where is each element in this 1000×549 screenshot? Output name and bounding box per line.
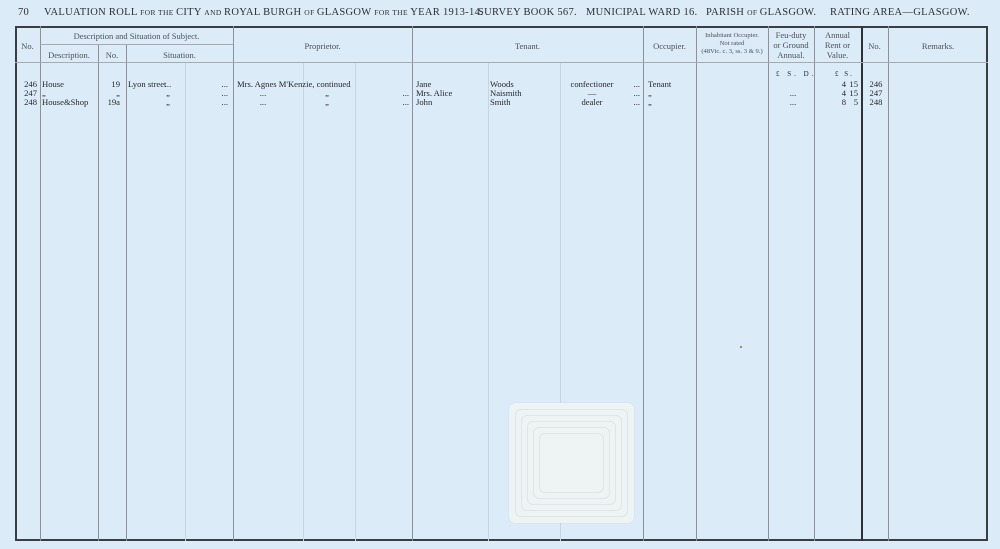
row-proprietor-ditto: „	[320, 98, 334, 107]
header-subrule	[40, 44, 233, 45]
survey-book: SURVEY BOOK 567.	[478, 7, 577, 18]
feu-line-1: Feu-duty	[768, 30, 814, 40]
page-number: 70	[18, 7, 29, 18]
column-rule	[126, 44, 127, 541]
row-proprietor-end-dots: ...	[395, 98, 409, 107]
ink-speck	[740, 346, 742, 348]
row-number: 248	[17, 98, 37, 107]
column-rule	[861, 26, 863, 541]
inhabitant-line-2: Not rated	[696, 40, 768, 48]
parish-name: GLASGOW.	[760, 7, 817, 18]
header-rule	[15, 62, 988, 63]
row-tenant-first-name: John	[416, 98, 432, 107]
column-rule	[233, 26, 234, 541]
row-description: House&Shop	[42, 98, 88, 107]
column-rule	[488, 62, 489, 541]
column-rule	[696, 26, 697, 541]
column-rule	[98, 44, 99, 541]
parish: PARISH OF GLASGOW.	[706, 7, 816, 18]
title-fragment: CITY	[176, 7, 204, 18]
rating-area: RATING AREA—GLASGOW.	[830, 7, 970, 18]
shilling-unit: S.	[787, 70, 799, 78]
row-occupier: „	[648, 98, 652, 107]
shilling-unit: S.	[844, 70, 854, 78]
row-tenant-dots: ...	[626, 98, 640, 107]
rent-line-1: Annual	[814, 30, 861, 40]
title-fragment: VALUATION ROLL	[44, 7, 140, 18]
feu-line-3: Annual.	[768, 50, 814, 60]
col-header-description: Description.	[40, 50, 98, 60]
col-header-feu-duty: Feu-duty or Ground Annual.	[768, 30, 814, 60]
row-street-number: 19a	[100, 98, 120, 107]
row-number-right: 248	[866, 98, 886, 107]
column-rule	[888, 26, 889, 541]
pound-unit: £	[835, 70, 841, 78]
col-header-proprietor: Proprietor.	[233, 41, 412, 51]
col-header-desc-group: Description and Situation of Subject.	[40, 31, 233, 41]
col-header-situation: Situation.	[126, 50, 233, 60]
title-fragment: FOR THE	[374, 8, 410, 17]
roll-title: VALUATION ROLL FOR THE CITY AND ROYAL BU…	[44, 7, 483, 18]
title-fragment: ROYAL BURGH	[224, 7, 304, 18]
col-header-desc-no: No.	[98, 50, 126, 60]
column-rule	[814, 26, 815, 541]
rent-line-3: Value.	[814, 50, 861, 60]
rent-units: £ S.	[835, 70, 854, 79]
row-proprietor: Mrs. Agnes M'Kenzie, continued	[237, 80, 351, 89]
parish-of: OF	[747, 8, 760, 17]
security-sticker	[509, 403, 634, 523]
pence-unit: D.	[804, 70, 817, 78]
page-header: 70 VALUATION ROLL FOR THE CITY AND ROYAL…	[18, 7, 988, 21]
column-rule	[643, 26, 644, 541]
rent-line-2: Rent or	[814, 40, 861, 50]
column-rule	[412, 26, 413, 541]
inhabitant-line-3: (48Vic. c. 3, ss. 3 & 9.)	[696, 48, 768, 56]
inhabitant-line-1: Inhabitant Occupier.	[696, 32, 768, 40]
title-fragment: FOR THE	[140, 8, 176, 17]
pound-unit: £	[776, 70, 783, 78]
col-header-inhabitant: Inhabitant Occupier. Not rated (48Vic. c…	[696, 32, 768, 56]
row-situation-dots: ...	[214, 98, 228, 107]
row-tenant-occupation: dealer	[562, 98, 622, 107]
row-feu-duty: ...	[786, 98, 800, 107]
column-rule	[355, 62, 356, 541]
col-header-occupier: Occupier.	[643, 41, 696, 51]
title-fragment: YEAR 1913-14.	[410, 7, 483, 18]
feu-units: £ S. D.	[776, 70, 816, 79]
col-header-tenant: Tenant.	[412, 41, 643, 51]
title-fragment: AND	[204, 8, 224, 17]
column-rule	[303, 62, 304, 541]
row-proprietor-dots: ...	[256, 98, 270, 107]
parish-label: PARISH	[706, 7, 747, 18]
column-rule	[185, 62, 186, 541]
col-header-no: No.	[15, 41, 40, 51]
col-header-annual-rent: Annual Rent or Value.	[814, 30, 861, 60]
column-rule	[768, 26, 769, 541]
column-rule	[40, 26, 41, 541]
col-header-no-2: No.	[861, 41, 888, 51]
row-tenant-surname: Smith	[490, 98, 511, 107]
municipal-ward: MUNICIPAL WARD 16.	[586, 7, 697, 18]
row-rent-shillings: 5	[846, 98, 858, 107]
title-fragment: OF	[304, 8, 317, 17]
col-header-remarks: Remarks.	[888, 41, 988, 51]
feu-line-2: or Ground	[768, 40, 814, 50]
row-rent-pounds: 8	[836, 98, 846, 107]
row-situation-ditto: „	[158, 98, 178, 107]
title-fragment: GLASGOW	[317, 7, 374, 18]
